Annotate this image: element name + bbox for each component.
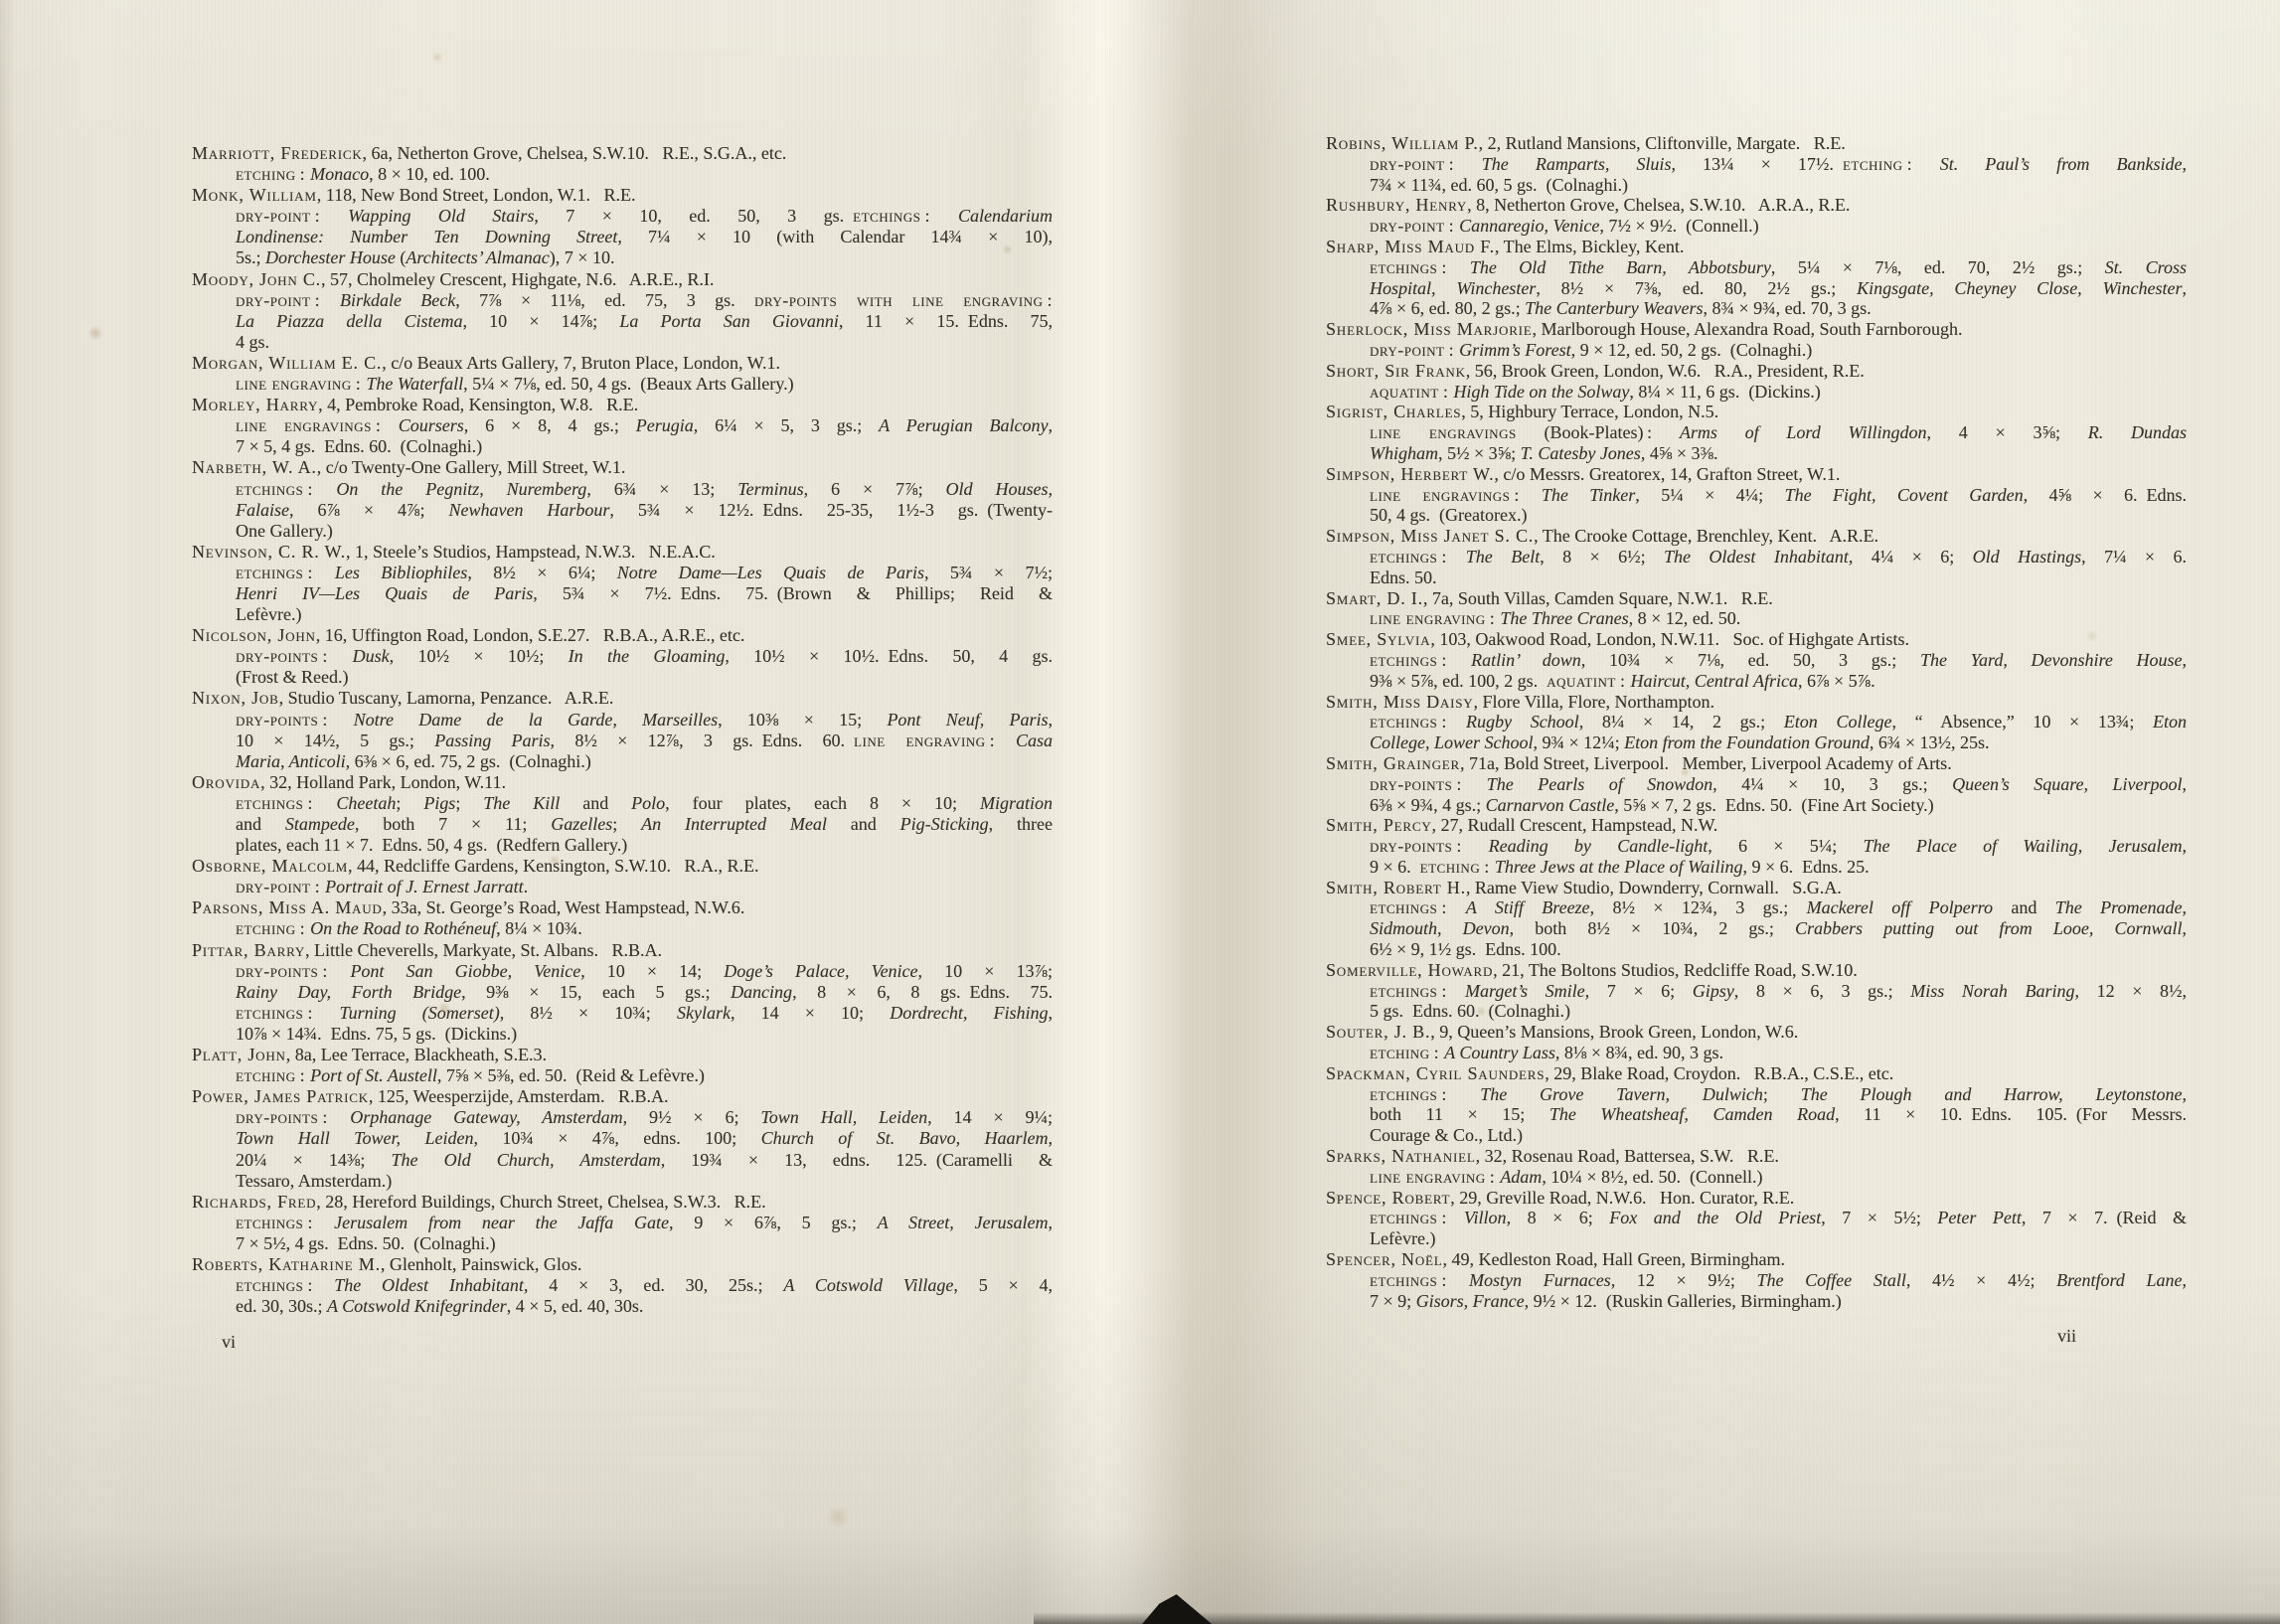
text-segment: Skylark (677, 1003, 731, 1023)
catalog-entry: Spence, Robert, 29, Greville Road, N.W.6… (1326, 1188, 2187, 1249)
text-segment: dry-points with line engraving : (754, 290, 1053, 310)
text-segment: ( (396, 247, 407, 267)
catalog-entry: Orovida, 32, Holland Park, London, W.11.… (192, 772, 1053, 856)
text-segment: , 6¼ × 5, 3 gs.; (694, 415, 879, 435)
entry-head-line: Smart, D. I., 7a, South Villas, Camden S… (1326, 588, 2187, 609)
text-segment: Souter, J. B. (1326, 1022, 1430, 1042)
text-segment: Osborne, Malcolm (192, 856, 348, 876)
text-segment: Narbeth, W. A. (192, 457, 317, 477)
text-segment: Nicolson, John (192, 625, 316, 645)
text-segment: 7 × 9; (1370, 1291, 1416, 1311)
text-segment: , 6a, Netherton Grove, Chelsea, S.W.10. … (363, 143, 787, 163)
entry-head-line: Spencer, Noël, 49, Kedleston Road, Hall … (1326, 1249, 2187, 1270)
text-segment: aquatint : (1547, 671, 1630, 691)
text-segment: The Place of Wailing, Jerusalem (1864, 836, 2183, 856)
catalog-entry: Marriott, Frederick, 6a, Netherton Grove… (192, 143, 1053, 185)
text-segment: 9⅜ × 5⅞, ed. 100, 2 gs. (1370, 671, 1547, 691)
text-segment: Robins, William P. (1326, 133, 1479, 153)
text-segment: In the Gloaming (569, 646, 726, 666)
catalog-entry: Morley, Harry, 4, Pembroke Road, Kensing… (192, 395, 1053, 457)
text-segment: , 7½ × 9½. (Connell.) (1599, 216, 1758, 236)
text-segment: Roberts, Katharine M. (192, 1254, 381, 1274)
text-segment: etchings : (236, 563, 335, 582)
text-segment: ed. 30, 30s.; (236, 1296, 327, 1316)
text-segment: , 6 × 8, 4 gs.; (464, 415, 636, 435)
text-segment: A Stiff Breeze (1466, 897, 1590, 917)
entry-body-line: dry-points : Orphanage Gateway, Amsterda… (236, 1107, 1053, 1128)
text-segment: Eton (2153, 712, 2187, 731)
text-segment: , 8½ × 10¾; (500, 1003, 677, 1023)
text-segment: , 44, Redcliffe Gardens, Kensington, S.W… (348, 856, 758, 876)
entry-body-line: etchings : Mostyn Furnaces, 12 × 9½; The… (1370, 1270, 2187, 1291)
entry-body-line: 7 × 5½, 4 gs. Edns. 50. (Colnaghi.) (236, 1233, 1053, 1254)
entry-body-line: both 11 × 15; The Wheatsheaf, Camden Roa… (1370, 1104, 2187, 1125)
text-segment: and (236, 814, 285, 834)
text-segment: Birkdale Beck (340, 290, 455, 310)
catalog-entry: Smith, Percy, 27, Rudall Crescent, Hamps… (1326, 815, 2187, 877)
text-segment: , 29, Greville Road, N.W.6. Hon. Curator… (1450, 1188, 1794, 1208)
text-segment: Spencer, Noël (1326, 1249, 1443, 1269)
text-segment: One Gallery.) (236, 521, 333, 541)
text-segment: Parsons, Miss A. Maud (192, 897, 383, 917)
text-segment: Morgan, William E. C. (192, 353, 382, 373)
text-segment: and (1993, 897, 2055, 917)
entry-head-line: Monk, William, 118, New Bond Street, Lon… (192, 185, 1053, 206)
text-segment: Crabbers putting out from Looe, Cornwall (1795, 918, 2182, 938)
entry-body-line: Town Hall Tower, Leiden, 10¾ × 4⅞, edns.… (236, 1128, 1053, 1149)
text-segment: , 5¾ × 12½. Edns. 25-35, 1½-3 gs. (Twent… (609, 500, 1053, 520)
text-segment: The Oldest Inhabitant (334, 1275, 524, 1295)
text-segment: , Studio Tuscany, Lamorna, Penzance. A.R… (279, 688, 614, 708)
entry-head-line: Marriott, Frederick, 6a, Netherton Grove… (192, 143, 1053, 164)
text-segment: , 8¼ × 10¾. (496, 918, 582, 938)
catalog-entry: Platt, John, 8a, Lee Terrace, Blackheath… (192, 1045, 1053, 1086)
text-segment: Rushbury, Henry (1326, 195, 1467, 215)
text-segment: The Kill (483, 793, 560, 813)
text-segment: , The Elms, Bickley, Kent. (1495, 237, 1684, 256)
text-segment: , 7 × 7. (Reid & (2022, 1208, 2187, 1227)
text-segment: The Ramparts, Sluis (1482, 154, 1672, 174)
entry-head-line: Smee, Sylvia, 103, Oakwood Road, London,… (1326, 629, 2187, 650)
text-segment: 6⅜ × 9¾, 4 gs.; (1370, 795, 1486, 815)
entry-body-line: Londinense: Number Ten Downing Street, 7… (236, 227, 1053, 247)
entry-head-line: Richards, Fred, 28, Hereford Buildings, … (192, 1192, 1053, 1213)
text-segment: , 10¾ × 4⅞, edns. 100; (473, 1128, 760, 1148)
text-segment: La Porta San Giovanni (619, 311, 839, 331)
entry-body-line: dry-point : Portrait of J. Ernest Jarrat… (236, 877, 1053, 897)
text-segment: etchings : (236, 479, 336, 499)
text-segment: , 7 × 6; (1585, 981, 1693, 1001)
text-segment: Wapping Old Stairs (348, 206, 534, 226)
text-segment: A Street, Jerusalem (878, 1213, 1049, 1232)
catalog-entry: Smith, Grainger, 71a, Bold Street, Liver… (1326, 753, 2187, 815)
text-segment: , 12 × 8½, (2074, 981, 2187, 1001)
entry-head-line: Orovida, 32, Holland Park, London, W.11. (192, 772, 1053, 793)
entry-head-line: Pittar, Barry, Little Cheverells, Markya… (192, 940, 1053, 961)
entry-body-line: etchings : Marget’s Smile, 7 × 6; Gipsy,… (1370, 981, 2187, 1002)
entry-body-line: Sidmouth, Devon, both 8½ × 10¾, 2 gs.; C… (1370, 918, 2187, 939)
text-segment: , 5½ × 3⅝; (1438, 443, 1521, 463)
entry-body-line: 9 × 6. etching : Three Jews at the Place… (1370, 857, 2187, 878)
text-segment: dry-point : (236, 206, 348, 226)
entry-body-line: dry-points : Reading by Candle-light, 6 … (1370, 836, 2187, 857)
text-segment: College, Lower School (1370, 732, 1534, 752)
catalog-entry: Narbeth, W. A., c/o Twenty-One Gallery, … (192, 457, 1053, 541)
text-segment: etchings : (1370, 650, 1471, 670)
entry-body-line: 4⅞ × 6, ed. 80, 2 gs.; The Canterbury We… (1370, 298, 2187, 319)
text-segment: , (2182, 1270, 2187, 1290)
text-segment: Henri IV—Les Quais de Paris (236, 583, 533, 603)
text-segment: Smee, Sylvia (1326, 629, 1430, 649)
text-segment: Three Jews at the Place of Wailing (1495, 857, 1743, 877)
catalog-entry: Smith, Robert H., Rame View Studio, Down… (1326, 878, 2187, 960)
text-segment: , 8¼ × 14, 2 gs.; (1579, 712, 1784, 731)
text-segment: line engravings : (1370, 485, 1542, 505)
catalog-entry: Smart, D. I., 7a, South Villas, Camden S… (1326, 588, 2187, 630)
text-segment: , 6⅜ × 6, ed. 75, 2 gs. (Colnaghi.) (346, 751, 591, 771)
text-segment: Reading by Candle-light (1489, 836, 1709, 856)
entry-head-line: Nevinson, C. R. W., 1, Steele’s Studios,… (192, 542, 1053, 563)
text-segment: , 125, Weesperzijde, Amsterdam. R.B.A. (369, 1086, 669, 1106)
entry-body-line: 6⅜ × 9¾, 4 gs.; Carnarvon Castle, 5⅝ × 7… (1370, 795, 2187, 816)
entry-body-line: dry-point : Grimm’s Forest, 9 × 12, ed. … (1370, 340, 2187, 361)
text-segment: etchings : (1370, 1084, 1480, 1104)
text-segment: The Plough and Harrow, Leytonstone (1801, 1084, 2183, 1104)
text-segment: , Rame View Studio, Downderry, Cornwall.… (1466, 878, 1842, 897)
text-segment: The Grove Tavern, Dulwich (1480, 1084, 1763, 1104)
text-segment: 10⅞ × 14¾. Edns. 75, 5 gs. (Dickins.) (236, 1024, 517, 1044)
entry-body-line: Tessaro, Amsterdam.) (236, 1171, 1053, 1192)
entry-body-line: dry-point : Cannaregio, Venice, 7½ × 9½.… (1370, 216, 2187, 237)
text-segment: 9 × 6. (1370, 857, 1420, 877)
text-segment: 4⅞ × 6, ed. 80, 2 gs.; (1370, 298, 1525, 318)
text-segment: Pont San Giobbe, Venice (350, 961, 580, 981)
text-segment: , 13¼ × 17½. (1671, 154, 1842, 174)
text-segment: , 4 × 3, ed. 30, 25s.; (524, 1275, 783, 1295)
text-segment: Town Hall, Leiden (760, 1107, 927, 1127)
entry-head-line: Sigrist, Charles, 5, Highbury Terrace, L… (1326, 402, 2187, 422)
text-segment: 7¾ × 11¾, ed. 60, 5 gs. (Colnaghi.) (1370, 175, 1628, 195)
text-segment: Lefèvre.) (1370, 1228, 1435, 1248)
text-segment: Simpson, Herbert W. (1326, 464, 1494, 484)
text-segment: Fox and the Old Priest (1609, 1208, 1821, 1227)
catalog-entry: Sigrist, Charles, 5, Highbury Terrace, L… (1326, 402, 2187, 463)
entry-head-line: Smith, Grainger, 71a, Bold Street, Liver… (1326, 753, 2187, 774)
text-segment: , 32, Rosenau Road, Battersea, S.W. R.E. (1476, 1146, 1779, 1166)
catalog-entry: Moody, John C., 57, Cholmeley Crescent, … (192, 269, 1053, 353)
right-page-text-column: Robins, William P., 2, Rutland Mansions,… (1326, 133, 2187, 1311)
catalog-entry: Robins, William P., 2, Rutland Mansions,… (1326, 133, 2187, 195)
catalog-entry: Smee, Sylvia, 103, Oakwood Road, London,… (1326, 629, 2187, 691)
text-segment: , 9⅜ × 15, each 5 gs.; (461, 982, 731, 1002)
text-segment: line engraving : (236, 374, 366, 394)
text-segment: Dancing (731, 982, 792, 1002)
text-segment: Smith, Robert H. (1326, 878, 1466, 897)
text-segment: , 5¾ × 7½; (924, 563, 1053, 582)
entry-body-line: Courage & Co., Ltd.) (1370, 1125, 2187, 1146)
catalog-entry: Parsons, Miss A. Maud, 33a, St. George’s… (192, 897, 1053, 939)
text-segment: Edns. 50. (1370, 568, 1437, 587)
text-segment: , 4 × 3⅝; (1927, 422, 2088, 442)
text-segment: , Glenholt, Painswick, Glos. (381, 1254, 582, 1274)
text-segment: , 6¾ × 13; (586, 479, 737, 499)
text-segment: , (2183, 650, 2188, 670)
entry-body-line: 50, 4 gs. (Greatorex.) (1370, 505, 2187, 526)
text-segment: Les Bibliophiles (335, 563, 467, 582)
text-segment: , 9½ × 6; (623, 1107, 761, 1127)
entry-body-line: etchings : Rugby School, 8¼ × 14, 2 gs.;… (1370, 712, 2187, 732)
text-segment: Hospital, Winchester (1370, 278, 1536, 298)
entry-body-line: 7¾ × 11¾, ed. 60, 5 gs. (Colnaghi.) (1370, 175, 2187, 196)
text-segment: Nixon, Job (192, 688, 279, 708)
text-segment: , 8 × 6, 3 gs.; (1734, 981, 1910, 1001)
text-segment: , 7¼ × 6. (2081, 547, 2187, 567)
text-segment: , 32, Holland Park, London, W.11. (260, 772, 506, 792)
text-segment: Ratlin’ down (1471, 650, 1581, 670)
text-segment: A Cotswold Village (783, 1275, 953, 1295)
text-segment: Cheetah (336, 793, 396, 813)
text-segment: Monaco (310, 164, 369, 184)
entry-head-line: Morley, Harry, 4, Pembroke Road, Kensing… (192, 395, 1053, 415)
entry-body-line: La Piazza della Cistema, 10 × 14⅞; La Po… (236, 311, 1053, 332)
catalog-entry: Somerville, Howard, 21, The Boltons Stud… (1326, 960, 2187, 1022)
text-segment: , 28, Hereford Buildings, Church Street,… (316, 1192, 765, 1212)
entry-body-line: College, Lower School, 9¾ × 12¼; Eton fr… (1370, 732, 2187, 753)
text-segment: line engraving : (854, 731, 1016, 750)
entry-head-line: Smith, Miss Daisy, Flore Villa, Flore, N… (1326, 692, 2187, 713)
text-segment: Morley, Harry (192, 395, 318, 414)
text-segment: , 5¾ × 7½. Edns. 75. (Brown & Phillips; … (533, 583, 1053, 603)
text-segment: , (1048, 1213, 1053, 1232)
text-segment: The Canterbury Weavers (1525, 298, 1703, 318)
text-segment: , 7 × 5½; (1821, 1208, 1937, 1227)
text-segment: , 4, Pembroke Road, Kensington, W.8. R.E… (318, 395, 638, 414)
text-segment: 6½ × 9, 1½ gs. Edns. 100. (1370, 939, 1561, 959)
text-segment: dry-point : (1370, 216, 1459, 236)
text-segment: The Fight, Covent Garden (1785, 485, 2024, 505)
text-segment: 50, 4 gs. (Greatorex.) (1370, 505, 1527, 525)
text-segment: Sparks, Nathaniel (1326, 1146, 1476, 1166)
entry-body-line: etchings : The Belt, 8 × 6½; The Oldest … (1370, 547, 2187, 568)
text-segment: The Pearls of Snowdon (1487, 774, 1712, 794)
text-segment: , 5¼ × 7⅛, ed. 70, 2½ gs.; (1771, 257, 2105, 277)
entry-body-line: dry-points : Pont San Giobbe, Venice, 10… (236, 961, 1053, 982)
text-segment: dry-point : (1370, 154, 1482, 174)
text-segment: etchings : (1370, 547, 1466, 567)
text-segment: . (524, 877, 529, 896)
text-segment: The Three Cranes (1500, 608, 1628, 628)
text-segment: Marriott, Frederick (192, 143, 363, 163)
entry-body-line: dry-point : Birkdale Beck, 7⅞ × 11⅛, ed.… (236, 290, 1053, 311)
text-segment: Sharp, Miss Maud F. (1326, 237, 1495, 256)
text-segment: Pig-Sticking (900, 814, 989, 834)
text-segment: (Frost & Reed.) (236, 667, 348, 687)
text-segment: Adam (1500, 1167, 1542, 1187)
text-segment: , 9½ × 12. (Ruskin Galleries, Birmingham… (1525, 1291, 1842, 1311)
text-segment: , (1049, 1003, 1054, 1023)
text-segment: On the Road to Rothéneuf (310, 918, 496, 938)
text-segment: , 57, Cholmeley Crescent, Highgate, N.6.… (321, 269, 714, 289)
text-segment: La Piazza della Cistema (236, 311, 463, 331)
text-segment: ), 7 × 10. (550, 247, 615, 267)
text-segment: line engravings : (236, 415, 399, 435)
text-segment: , 10¼ × 8½, ed. 50. (Connell.) (1542, 1167, 1762, 1187)
text-segment: , 9, Queen’s Mansions, Brook Green, Lond… (1430, 1022, 1798, 1042)
text-segment: , c/o Messrs. Greatorex, 14, Grafton Str… (1494, 464, 1840, 484)
entry-head-line: Souter, J. B., 9, Queen’s Mansions, Broo… (1326, 1022, 2187, 1043)
text-segment: Notre Dame—Les Quais de Paris (617, 563, 924, 582)
text-segment: Polo (631, 793, 665, 813)
text-segment: St. Cross (2105, 257, 2187, 277)
text-segment: Notre Dame de la Garde, Marseilles (354, 710, 719, 730)
text-segment: , Flore Villa, Flore, Northampton. (1473, 692, 1714, 712)
text-segment: , 5¼ × 7⅛, ed. 50, 4 gs. (Beaux Arts Gal… (463, 374, 793, 394)
text-segment: The Old Church, Amsterdam (392, 1150, 661, 1170)
text-segment: , 118, New Bond Street, London, W.1. R.E… (317, 185, 636, 205)
entry-body-line: Maria, Anticoli, 6⅜ × 6, ed. 75, 2 gs. (… (236, 751, 1053, 772)
catalog-entry: Spencer, Noël, 49, Kedleston Road, Hall … (1326, 1249, 2187, 1311)
book-spread-photo: Marriott, Frederick, 6a, Netherton Grove… (0, 0, 2280, 1624)
entry-body-line: 5 gs. Edns. 60. (Colnaghi.) (1370, 1001, 2187, 1022)
text-segment: etchings : (1370, 897, 1466, 917)
text-segment: Smith, Miss Daisy (1326, 692, 1473, 712)
text-segment: Calendarium (958, 206, 1053, 226)
text-segment: etchings : (236, 1213, 334, 1232)
text-segment: , 9 × 6. Edns. 25. (1742, 857, 1869, 877)
text-segment: A Perugian Balcony (879, 415, 1048, 435)
entry-body-line: 7 × 5, 4 gs. Edns. 60. (Colnaghi.) (236, 436, 1053, 457)
entry-body-line: etching : A Country Lass, 8⅛ × 8¾, ed. 9… (1370, 1043, 2187, 1063)
text-segment: , 11 × 10. Edns. 105. (For Messrs. (1835, 1104, 2187, 1124)
text-segment: Perugia (636, 415, 694, 435)
text-segment: The Wheatsheaf, Camden Road (1549, 1104, 1835, 1124)
text-segment: Moody, John C. (192, 269, 321, 289)
text-segment: , 4½ × 4½; (1906, 1270, 2056, 1290)
text-segment: dry-points : (236, 1107, 350, 1127)
text-segment: Nevinson, C. R. W. (192, 542, 346, 562)
text-segment: , 11 × 15. Edns. 75, (839, 311, 1053, 331)
text-segment: An Interrupted Meal (641, 814, 827, 834)
text-segment: , 6¾ × 13½, 25s. (1870, 732, 1990, 752)
text-segment: Architects’ Almanac (406, 247, 549, 267)
text-segment: etching : (236, 918, 310, 938)
text-segment: , 4⅝ × 6. Edns. (2024, 485, 2187, 505)
entry-body-line: 10⅞ × 14¾. Edns. 75, 5 gs. (Dickins.) (236, 1024, 1053, 1045)
text-segment: 5s.; (236, 247, 265, 267)
text-segment: Arms of Lord Willingdon (1680, 422, 1927, 442)
text-segment: The Old Tithe Barn, Abbotsbury (1470, 257, 1771, 277)
text-segment: , both 8½ × 10¾, 2 gs.; (1510, 918, 1795, 938)
text-segment: Dorchester House (265, 247, 396, 267)
text-segment: Cannaregio, Venice (1459, 216, 1599, 236)
entry-body-line: Lefèvre.) (1370, 1228, 2187, 1249)
entry-body-line: etchings : Jerusalem from near the Jaffa… (236, 1213, 1053, 1233)
text-segment: , 7¼ × 10 (with Calendar 14¾ × 10), (617, 227, 1053, 246)
text-segment: Queen’s Square, Liverpool (1952, 774, 2182, 794)
entry-head-line: Parsons, Miss A. Maud, 33a, St. George’s… (192, 897, 1053, 918)
text-segment: and (827, 814, 900, 834)
catalog-entry: Sherlock, Miss Marjorie, Marlborough Hou… (1326, 319, 2187, 361)
text-segment: , 2, Rutland Mansions, Cliftonville, Mar… (1479, 133, 1846, 153)
text-segment: line engravings (1370, 422, 1517, 442)
text-segment: , (2183, 154, 2188, 174)
text-segment: Terminus (737, 479, 803, 499)
entry-body-line: etching : Monaco, 8 × 10, ed. 100. (236, 164, 1053, 185)
text-segment: T. Catesby Jones (1521, 443, 1641, 463)
entry-body-line: Falaise, 6⅞ × 4⅞; Newhaven Harbour, 5¾ ×… (236, 500, 1053, 521)
text-segment: Kingsgate, Cheyney Close, Winchester (1857, 278, 2182, 298)
text-segment: Spence, Robert (1326, 1188, 1450, 1208)
text-segment: Grimm’s Forest (1459, 340, 1571, 360)
text-segment: Sidmouth, Devon (1370, 918, 1510, 938)
text-segment: , 8½ × 12⅞, 3 gs. Edns. 60. (551, 731, 855, 750)
text-segment: , 10 × 14; (580, 961, 724, 981)
text-segment: , three (989, 814, 1053, 834)
catalog-entry: Souter, J. B., 9, Queen’s Mansions, Broo… (1326, 1022, 2187, 1063)
text-segment: , Marlborough House, Alexandra Road, Sou… (1533, 319, 1963, 339)
text-segment: Town Hall Tower, Leiden (236, 1128, 473, 1148)
entry-body-line: etching : On the Road to Rothéneuf, 8¼ ×… (236, 918, 1053, 939)
text-segment: Maria, Anticoli (236, 751, 346, 771)
text-segment: ; (612, 814, 641, 834)
text-segment: , (1049, 1128, 1054, 1148)
entry-head-line: Sparks, Nathaniel, 32, Rosenau Road, Bat… (1326, 1146, 2187, 1167)
text-segment: , 4⅝ × 3⅜. (1641, 443, 1718, 463)
text-segment: , The Crooke Cottage, Brenchley, Kent. A… (1534, 526, 1878, 546)
entry-body-line: ed. 30, 30s.; A Cotswold Knifegrinder, 4… (236, 1296, 1053, 1317)
book-bottom-edge-shadow (1034, 1612, 2280, 1624)
text-segment: aquatint : (1370, 382, 1453, 402)
entry-head-line: Robins, William P., 2, Rutland Mansions,… (1326, 133, 2187, 154)
text-segment: Gisors, France (1416, 1291, 1525, 1311)
text-segment: , 12 × 9½; (1611, 1270, 1757, 1290)
entry-body-line: Whigham, 5½ × 3⅝; T. Catesby Jones, 4⅝ ×… (1370, 443, 2187, 464)
text-segment: , 10½ × 10½. Edns. 50, 4 gs. (725, 646, 1053, 666)
text-segment: dry-points : (236, 961, 350, 981)
text-segment: , 6 × 7⅞; (804, 479, 946, 499)
text-segment: Carnarvon Castle (1486, 795, 1615, 815)
text-segment: Courage & Co., Ltd.) (1370, 1125, 1523, 1145)
catalog-entry: Sharp, Miss Maud F., The Elms, Bickley, … (1326, 237, 2187, 319)
entry-head-line: Simpson, Miss Janet S. C., The Crooke Co… (1326, 526, 2187, 547)
text-segment: , four plates, each 8 × 10; (665, 793, 980, 813)
text-segment: Jerusalem from near the Jaffa Gate (334, 1213, 669, 1232)
text-segment: dry-points : (1370, 774, 1487, 794)
text-segment: , (2182, 278, 2187, 298)
text-segment: , 6⅞ × 4⅞; (289, 500, 448, 520)
text-segment: Simpson, Miss Janet S. C. (1326, 526, 1534, 546)
text-segment: , 5⅝ × 7, 2 gs. Edns. 50. (Fine Art Soci… (1614, 795, 1933, 815)
text-segment: Eton from the Foundation Ground (1624, 732, 1870, 752)
text-segment: Newhaven Harbour (448, 500, 609, 520)
text-segment: Passing Paris (434, 731, 550, 750)
entry-body-line: dry-point : The Ramparts, Sluis, 13¼ × 1… (1370, 154, 2187, 175)
text-segment: Pont Neuf, Paris (887, 710, 1048, 730)
entry-body-line: Lefèvre.) (236, 604, 1053, 625)
text-segment: plates, each 11 × 7. Edns. 50, 4 gs. (Re… (236, 835, 627, 855)
text-segment: Short, Sir Frank (1326, 361, 1466, 381)
catalog-entry: Spackman, Cyril Saunders, 29, Blake Road… (1326, 1063, 2187, 1146)
text-segment: , 9 × 6⅞, 5 gs.; (669, 1213, 878, 1232)
entry-body-line: etchings : Ratlin’ down, 10¾ × 7⅛, ed. 5… (1370, 650, 2187, 671)
text-segment: , 103, Oakwood Road, London, N.W.11. Soc… (1430, 629, 1909, 649)
text-segment: Falaise (236, 500, 289, 520)
catalog-entry: Smith, Miss Daisy, Flore Villa, Flore, N… (1326, 692, 2187, 753)
text-segment: , 7 × 10, ed. 50, 3 gs. (534, 206, 853, 226)
entry-head-line: Smith, Percy, 27, Rudall Crescent, Hamps… (1326, 815, 2187, 836)
text-segment: , “ Absence,” 10 × 13¾; (1891, 712, 2153, 731)
text-segment: , 8, Netherton Grove, Chelsea, S.W.10. A… (1467, 195, 1850, 215)
